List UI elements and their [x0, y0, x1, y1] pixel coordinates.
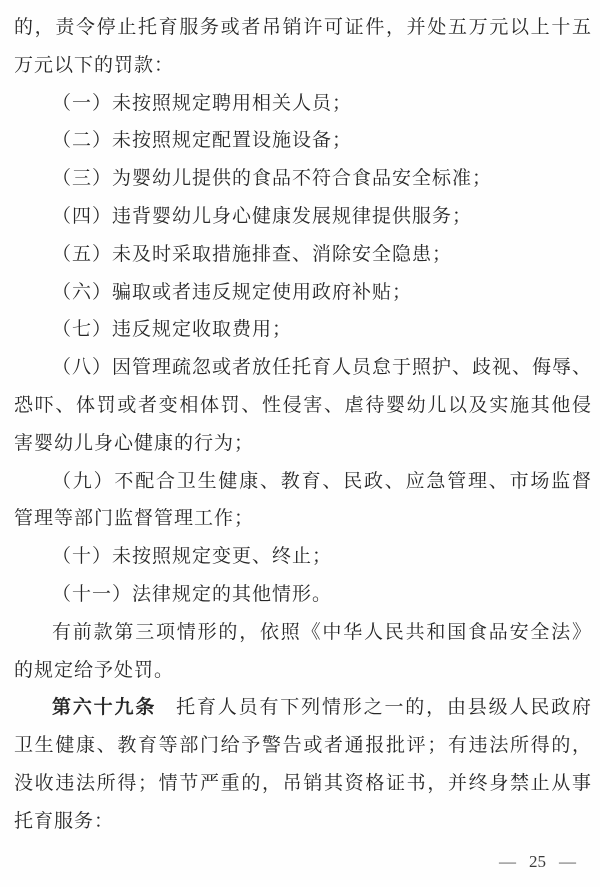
paragraph: （二）未按照规定配置设施设备； — [14, 122, 592, 160]
page-number: —25— — [499, 850, 576, 874]
document-body: 的，责令停止托育服务或者吊销许可证件，并处五万元以上十五万元以下的罚款：（一）未… — [14, 9, 592, 841]
text-line: 托育服务： — [14, 803, 592, 841]
text-line: （十一）法律规定的其他情形。 — [14, 576, 592, 614]
document-page: 的，责令停止托育服务或者吊销许可证件，并处五万元以上十五万元以下的罚款：（一）未… — [0, 0, 600, 887]
text-line: 的，责令停止托育服务或者吊销许可证件，并处五万元以上十五 — [14, 9, 592, 47]
paragraph: （六）骗取或者违反规定使用政府补贴； — [14, 274, 592, 312]
text-line: 第六十九条托育人员有下列情形之一的，由县级人民政府 — [14, 689, 592, 727]
text-line: （七）违反规定收取费用； — [14, 311, 592, 349]
text-line: （三）为婴幼儿提供的食品不符合食品安全标准； — [14, 160, 592, 198]
paragraph: （五）未及时采取措施排查、消除安全隐患； — [14, 236, 592, 274]
article-number: 第六十九条 — [52, 697, 156, 718]
text-line: （四）违背婴幼儿身心健康发展规律提供服务； — [14, 198, 592, 236]
paragraph: （十）未按照规定变更、终止； — [14, 538, 592, 576]
text-line: 没收违法所得；情节严重的，吊销其资格证书，并终身禁止从事 — [14, 765, 592, 803]
text-line: 害婴幼儿身心健康的行为； — [14, 425, 592, 463]
text-line: （十）未按照规定变更、终止； — [14, 538, 592, 576]
paragraph: 的，责令停止托育服务或者吊销许可证件，并处五万元以上十五万元以下的罚款： — [14, 9, 592, 85]
text-line: 有前款第三项情形的，依照《中华人民共和国食品安全法》 — [14, 614, 592, 652]
paragraph: （九）不配合卫生健康、教育、民政、应急管理、市场监督管理等部门监督管理工作； — [14, 463, 592, 539]
text-line: 的规定给予处罚。 — [14, 652, 592, 690]
text-line: 卫生健康、教育等部门给予警告或者通报批评；有违法所得的， — [14, 727, 592, 765]
article-paragraph: 第六十九条托育人员有下列情形之一的，由县级人民政府卫生健康、教育等部门给予警告或… — [14, 689, 592, 840]
paragraph: 有前款第三项情形的，依照《中华人民共和国食品安全法》的规定给予处罚。 — [14, 614, 592, 690]
paragraph: （四）违背婴幼儿身心健康发展规律提供服务； — [14, 198, 592, 236]
text-line: （一）未按照规定聘用相关人员； — [14, 85, 592, 123]
text-line: 管理等部门监督管理工作； — [14, 500, 592, 538]
page-number-dash-right: — — [559, 852, 576, 871]
page-number-dash-left: — — [499, 852, 516, 871]
text-line: （二）未按照规定配置设施设备； — [14, 122, 592, 160]
text-line: （九）不配合卫生健康、教育、民政、应急管理、市场监督 — [14, 463, 592, 501]
paragraph: （十一）法律规定的其他情形。 — [14, 576, 592, 614]
text-line: （六）骗取或者违反规定使用政府补贴； — [14, 274, 592, 312]
text-line: 万元以下的罚款： — [14, 47, 592, 85]
paragraph: （七）违反规定收取费用； — [14, 311, 592, 349]
text-line: 恐吓、体罚或者变相体罚、性侵害、虐待婴幼儿以及实施其他侵 — [14, 387, 592, 425]
page-number-value: 25 — [529, 852, 546, 871]
paragraph: （一）未按照规定聘用相关人员； — [14, 85, 592, 123]
paragraph: （三）为婴幼儿提供的食品不符合食品安全标准； — [14, 160, 592, 198]
text-line: （五）未及时采取措施排查、消除安全隐患； — [14, 236, 592, 274]
text-line: （八）因管理疏忽或者放任托育人员怠于照护、歧视、侮辱、 — [14, 349, 592, 387]
paragraph: （八）因管理疏忽或者放任托育人员怠于照护、歧视、侮辱、恐吓、体罚或者变相体罚、性… — [14, 349, 592, 462]
